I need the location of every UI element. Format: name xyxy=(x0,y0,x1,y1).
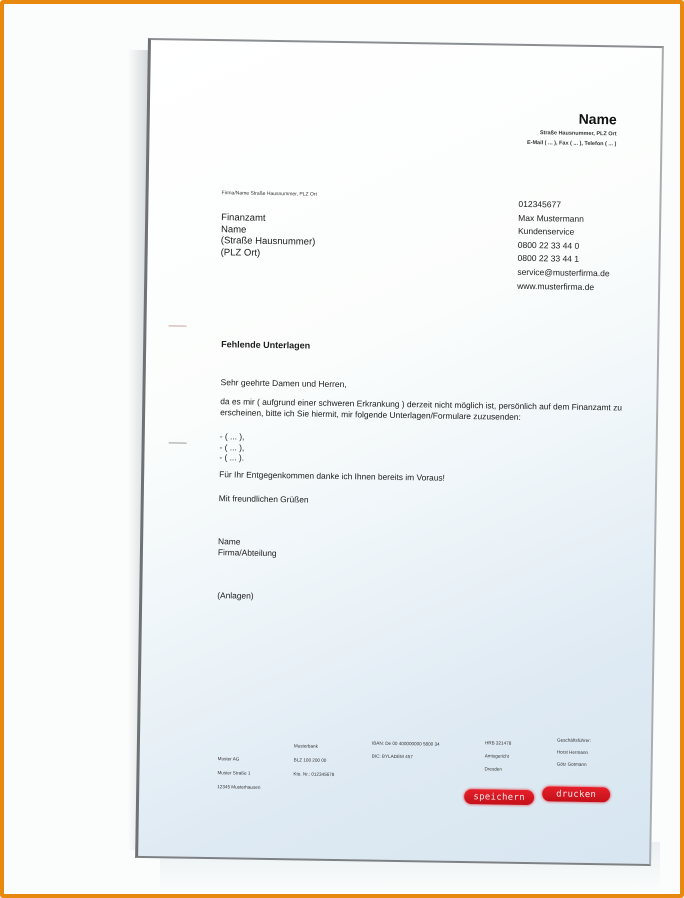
letter-salutation: Sehr geehrte Damen und Herren, xyxy=(221,377,347,389)
letter-thanks: Für Ihr Entgegenkommen danke ich Ihnen b… xyxy=(219,469,445,483)
contact-person: Max Mustermann xyxy=(518,211,610,226)
recipient-line: (Straße Hausnummer) xyxy=(221,235,316,248)
phone: 0800 22 33 44 0 xyxy=(518,239,610,254)
footer-bank: Musterbank BLZ 100 200 00 Kto. Nr.: 0123… xyxy=(293,739,335,782)
footer-text: Muster Straße 1 xyxy=(217,766,260,781)
footer-text: Muster AG xyxy=(218,752,261,767)
info-block: 012345677 Max Mustermann Kundenservice 0… xyxy=(517,198,611,295)
list-item: - ( ... ), xyxy=(220,442,245,453)
letter-subject: Fehlende Unterlagen xyxy=(221,339,310,350)
footer-text: IBAN: De 00 400000000 5800 34 xyxy=(372,737,440,751)
letter-page: Name Straße Hausnummer, PLZ Ort E-Mail (… xyxy=(135,38,664,866)
signature-department: Firma/Abteilung xyxy=(218,547,277,558)
print-button[interactable]: drucken xyxy=(542,786,610,802)
requested-items: - ( ... ), - ( ... ), - ( ... ). xyxy=(219,431,244,463)
save-button[interactable]: speichern xyxy=(464,789,534,805)
footer-text: HRB 321478 xyxy=(485,736,512,749)
punch-mark xyxy=(169,442,187,443)
footer-company: Muster AG Muster Straße 1 12345 Musterha… xyxy=(217,752,261,795)
footer-text: Amtsgericht xyxy=(485,749,512,762)
recipient-address: Finanzamt Name (Straße Hausnummer) (PLZ … xyxy=(221,212,316,259)
recipient-line: Finanzamt xyxy=(221,212,316,225)
fold-mark xyxy=(168,325,186,326)
letterhead-name: Name xyxy=(579,111,617,128)
footer-register: HRB 321478 Amtsgericht Dresden xyxy=(484,736,511,775)
recipient-line: (PLZ Ort) xyxy=(221,247,316,260)
fax: 0800 22 33 44 1 xyxy=(517,252,609,267)
footer-text: BIC: BYLADEM 457 xyxy=(372,750,440,764)
footer-text: 12345 Musterhausen xyxy=(217,780,260,795)
footer-iban: IBAN: De 00 400000000 5800 34 BIC: BYLAD… xyxy=(372,737,440,764)
footer-text: Götz Gotmann xyxy=(557,759,591,772)
department: Kundenservice xyxy=(518,225,610,240)
list-item: - ( ... ). xyxy=(219,452,244,463)
website: www.musterfirma.de xyxy=(517,279,609,294)
signature: Name Firma/Abteilung xyxy=(218,536,277,558)
letter-closing: Mit freundlichen Grüßen xyxy=(219,493,309,504)
letterhead-contact: E-Mail ( ... ), Fax ( ... ), Telefon ( .… xyxy=(527,140,617,147)
footer-text: BLZ 100 200 00 xyxy=(294,753,335,768)
email: service@musterfirma.de xyxy=(517,266,609,281)
signature-name: Name xyxy=(218,536,277,547)
list-item: - ( ... ), xyxy=(220,431,245,442)
letter-body: da es mir ( aufgrund einer schweren Erkr… xyxy=(220,396,630,424)
footer-text: Musterbank xyxy=(294,739,335,754)
reference-number: 012345677 xyxy=(518,198,610,213)
footer-management: Geschäftsführer: Horst Hermann Götz Gotm… xyxy=(557,735,592,772)
footer-text: Dresden xyxy=(484,762,511,775)
letterhead-address: Straße Hausnummer, PLZ Ort xyxy=(540,130,617,137)
attachments-note: (Anlagen) xyxy=(217,590,253,601)
footer-text: Geschäftsführer: xyxy=(557,735,591,748)
return-address: Firma/Name Straße Hausnummer, PLZ Ort xyxy=(222,190,317,197)
footer-text: Kto. Nr.: 012345678 xyxy=(293,767,334,782)
footer-text: Horst Hermann xyxy=(557,747,591,760)
